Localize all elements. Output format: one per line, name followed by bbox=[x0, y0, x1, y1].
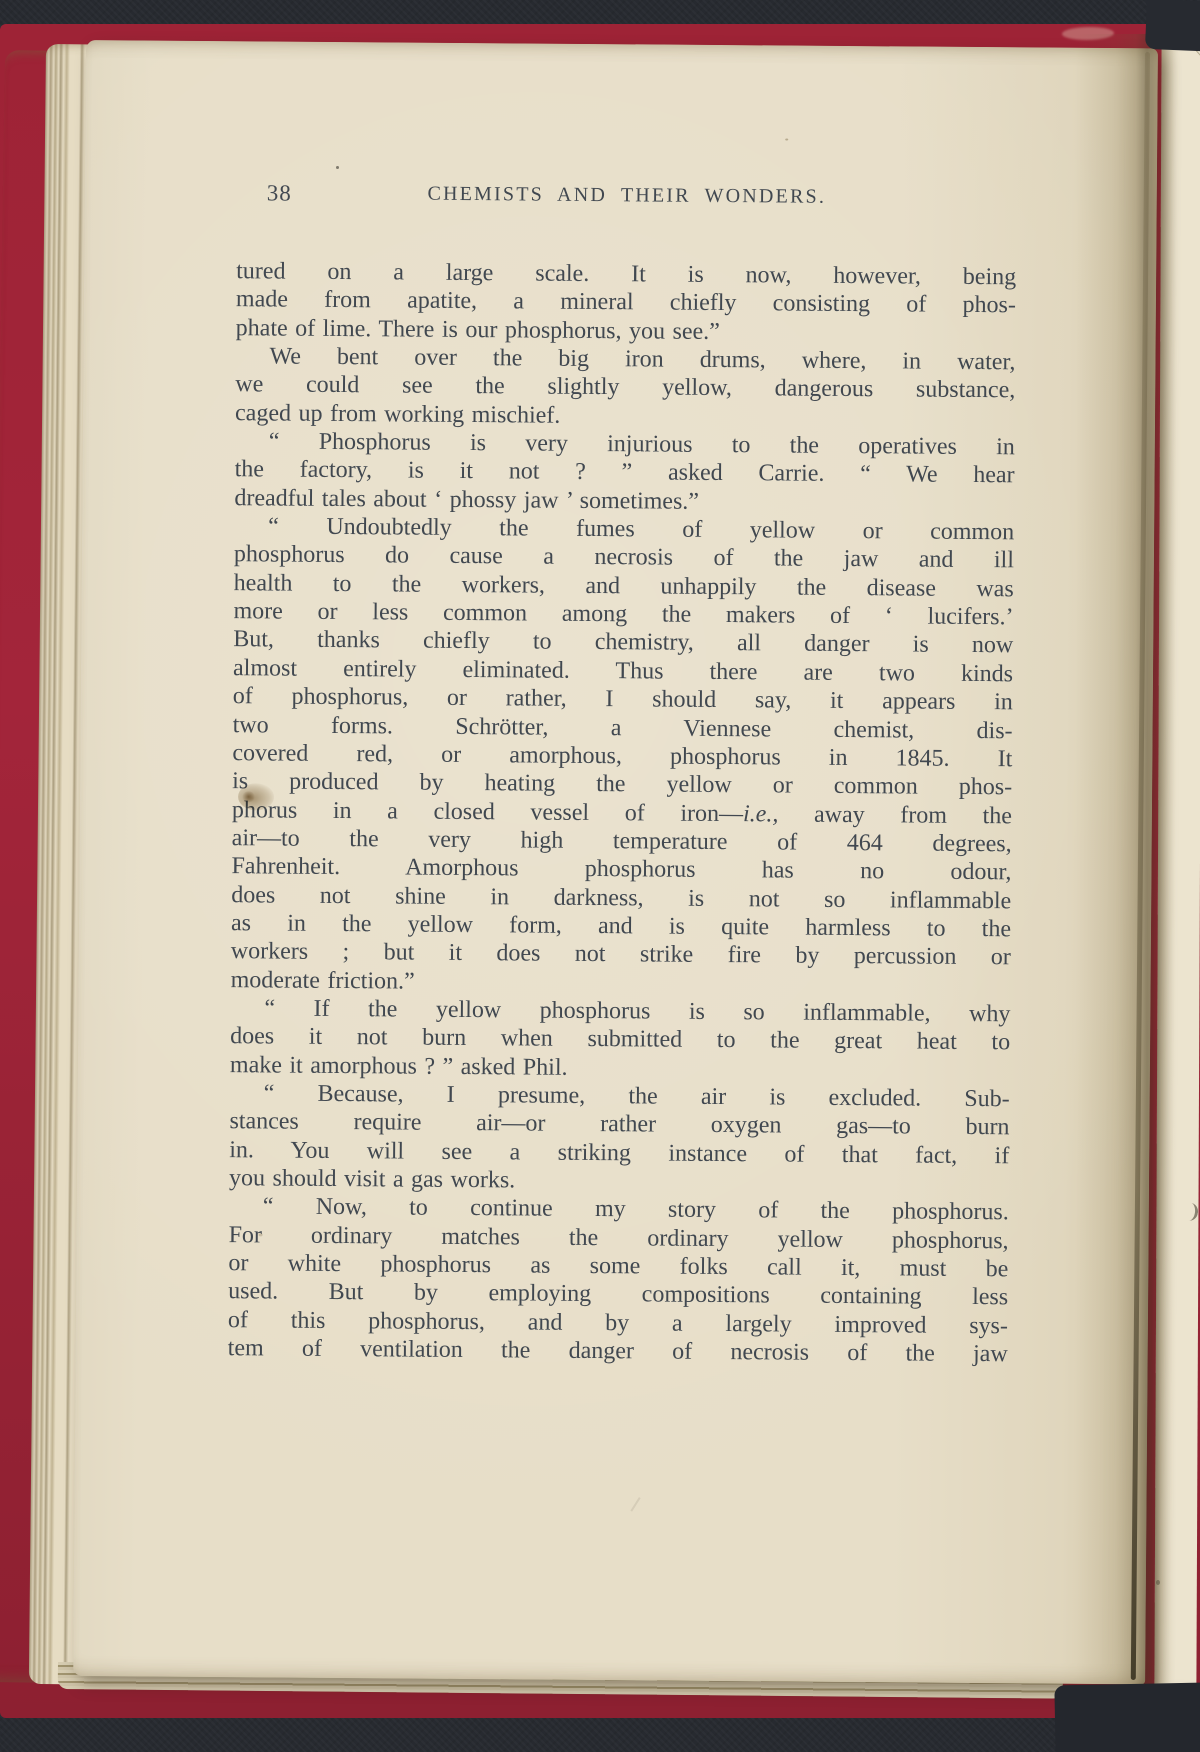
page-header: 38 CHEMISTS AND THEIR WONDERS. bbox=[237, 181, 1017, 210]
text-block: tured on a large scale. It is now, howev… bbox=[228, 257, 1017, 1368]
facing-page bbox=[1154, 32, 1200, 1688]
running-title: CHEMISTS AND THEIR WONDERS. bbox=[427, 183, 826, 208]
cover-corner-bottom-right bbox=[1054, 1683, 1200, 1752]
margin-dot-mark bbox=[1156, 1580, 1160, 1585]
book-page: 38 CHEMISTS AND THEIR WONDERS. tured on … bbox=[73, 40, 1158, 1684]
ink-stain bbox=[238, 783, 274, 810]
page-number: 38 bbox=[267, 180, 292, 206]
paper-speck bbox=[785, 138, 788, 140]
text-line: tem of ventilation the danger of necrosi… bbox=[228, 1334, 1008, 1368]
scanned-book-photo: 38 CHEMISTS AND THEIR WONDERS. tured on … bbox=[0, 0, 1200, 1752]
paper-speck bbox=[259, 1233, 263, 1236]
paper-scratch bbox=[630, 1497, 640, 1512]
cover-corner-top-right bbox=[1145, 0, 1200, 51]
paper-speck bbox=[336, 166, 339, 169]
